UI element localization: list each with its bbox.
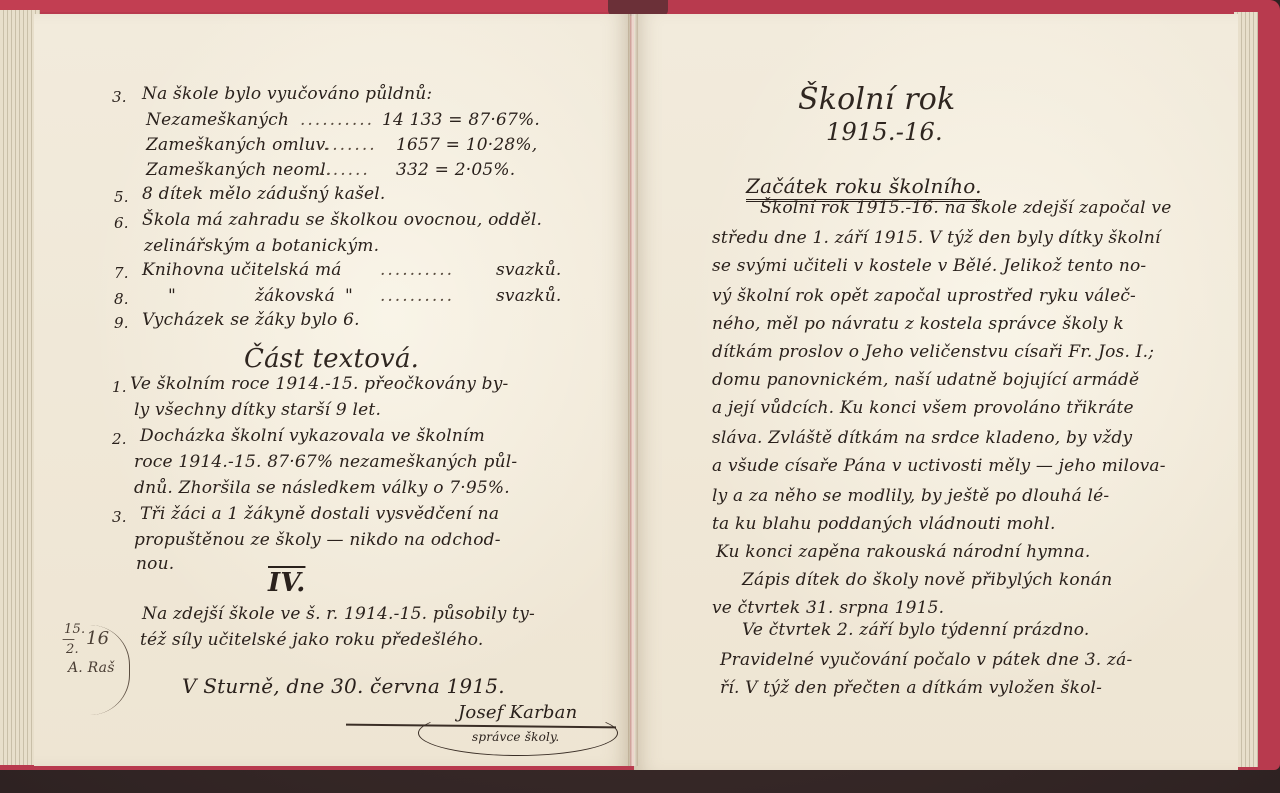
paragraph-line: ve čtvrtek 31. srpna 1915.: [712, 600, 944, 617]
paragraph-line: domu panovnickém, naší udatně bojující a…: [712, 372, 1139, 389]
paragraph-line: středu dne 1. září 1915. V týž den byly …: [712, 230, 1161, 247]
item-number: 6.: [114, 214, 129, 232]
paragraph-line: se svými učiteli v kostele v Bělé. Jelik…: [712, 258, 1146, 275]
item-text: ly všechny dítky starší 9 let.: [134, 402, 381, 419]
margin-fraction-bottom: 2.: [66, 642, 79, 657]
stat-value: 1657 = 10·28%,: [396, 137, 537, 154]
section-title: Část textová.: [244, 344, 419, 374]
leader-dots: ..........: [380, 288, 454, 305]
item-number: 3.: [112, 88, 127, 106]
item-text: 8 dítek mělo zádušný kašel.: [142, 186, 385, 203]
item-text: nou.: [136, 556, 174, 573]
paragraph-line: ta ku blahu poddaných vládnouti mohl.: [712, 516, 1056, 533]
leader-dots: .........: [310, 137, 377, 154]
stat-label: Zameškaných omluv.: [146, 137, 329, 154]
item-text: Na škole bylo vyučováno půldnů:: [142, 86, 432, 103]
paragraph-line: Školní rok 1915.-16. na škole zdejší zap…: [760, 200, 1171, 217]
leader-dots: ..........: [380, 262, 454, 279]
item-number: 3.: [112, 508, 127, 526]
item-value: svazků.: [496, 288, 561, 305]
paragraph-line: sláva. Zvláště dítkám na srdce kladeno, …: [712, 430, 1132, 447]
leader-dots: ..........: [300, 112, 374, 129]
paragraph-line: dítkám proslov o Jeho veličenstvu císaři…: [712, 344, 1154, 361]
paragraph-line: vý školní rok opět započal uprostřed ryk…: [712, 288, 1136, 305]
paragraph-line: Ve čtvrtek 2. září bylo týdenní prázdno.: [742, 622, 1090, 639]
paragraph-line: Ku konci zapěna rakouská národní hymna.: [716, 544, 1090, 561]
roman-section-text: též síly učitelské jako roku předešlého.: [140, 632, 483, 649]
roman-section-number: IV.: [268, 568, 305, 598]
ditto-mark: ": [168, 288, 176, 305]
item-number: 7.: [114, 264, 129, 282]
item-text: roce 1914.-15. 87·67% nezameškaných půl-: [134, 454, 517, 471]
signature-title: správce školy.: [472, 730, 559, 744]
item-text: zelinářským a botanickým.: [144, 238, 379, 255]
item-number: 1.: [112, 378, 127, 396]
paragraph-line: a všude císaře Pána v uctivosti měly — j…: [712, 458, 1166, 475]
stat-value: 332 = 2·05%.: [396, 162, 515, 179]
ditto-mark: ": [345, 288, 353, 305]
leader-dots: .......: [318, 162, 370, 179]
book-gutter: [628, 14, 638, 766]
item-text: Tři žáci a 1 žákyně dostali vysvědčení n…: [140, 506, 499, 523]
place-date: V Sturně, dne 30. června 1915.: [182, 674, 505, 698]
item-text: Škola má zahradu se školkou ovocnou, odd…: [142, 212, 542, 229]
stat-label: Zameškaných neoml.: [146, 162, 332, 179]
stat-value: 14 133 = 87·67%.: [382, 112, 540, 129]
paragraph-line: a její vůdcích. Ku konci všem provoláno …: [712, 400, 1134, 417]
item-number: 9.: [114, 314, 129, 332]
school-year: 1915.-16.: [826, 118, 943, 146]
item-text: Knihovna učitelská má: [142, 262, 342, 279]
item-value: svazků.: [496, 262, 561, 279]
paragraph-line: Zápis dítek do školy nově přibylých koná…: [742, 572, 1112, 589]
roman-section-text: Na zdejší škole ve š. r. 1914.-15. působ…: [142, 606, 535, 623]
item-text: Ve školním roce 1914.-15. přeočkovány by…: [130, 376, 508, 393]
item-number: 5.: [114, 188, 129, 206]
paragraph-line: Pravidelné vyučování počalo v pátek dne …: [720, 652, 1132, 669]
item-number: 8.: [114, 290, 129, 308]
book-cover-edge: [0, 0, 640, 12]
paragraph-line: ného, měl po návratu z kostela správce š…: [712, 316, 1124, 333]
item-text: propuštěnou ze školy — nikdo na odchod-: [134, 532, 501, 549]
stat-label: Nezameškaných: [146, 112, 289, 129]
item-text: Vycházek se žáky bylo 6.: [142, 312, 360, 329]
item-text: dnů. Zhoršila se následkem války o 7·95%…: [134, 480, 510, 497]
item-number: 2.: [112, 430, 127, 448]
item-text: žákovská: [255, 288, 335, 305]
paragraph-line: ří. V týž den přečten a dítkám vyložen š…: [720, 680, 1102, 697]
item-text: Docházka školní vykazovala ve školním: [140, 428, 485, 445]
page-title: Školní rok: [798, 82, 955, 117]
paragraph-line: ly a za něho se modlily, by ještě po dlo…: [712, 488, 1109, 505]
